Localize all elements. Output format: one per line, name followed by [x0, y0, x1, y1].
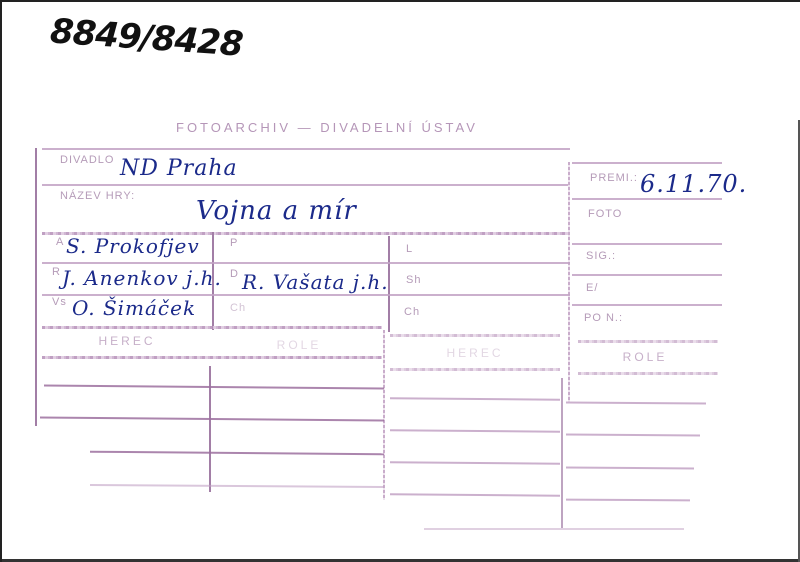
- cast-row-line-1-left: [44, 385, 384, 389]
- card-top-border-right: [572, 162, 722, 164]
- label-sig: SIG.:: [586, 250, 616, 262]
- value-rezie: J. Anenkov j.h.: [62, 266, 222, 290]
- scan-edge-left: [0, 0, 2, 562]
- cast-header-bottom-right: [578, 372, 718, 375]
- label-libreto: L: [406, 243, 413, 255]
- label-premiera: PREMI.:: [590, 172, 638, 184]
- cast-row-line-3-mid: [390, 461, 560, 464]
- cast-row-line-3-left: [90, 451, 384, 455]
- value-autor: S. Prokofjev: [66, 234, 200, 258]
- cast-header-herec-2: HEREC: [390, 346, 560, 360]
- divider-foto: [572, 243, 722, 245]
- cast-header-role-2: ROLE: [570, 350, 720, 364]
- archive-number: 8849/8428: [49, 11, 244, 64]
- value-nazev-hry: Vojna a mír: [196, 196, 357, 226]
- cast-row-line-1-mid: [390, 397, 560, 400]
- cast-row-line-3-right: [566, 467, 694, 470]
- cast-row-line-2-left: [40, 416, 384, 421]
- divider-divadlo: [42, 184, 570, 186]
- divider-sig: [572, 274, 722, 276]
- stamp-header: FOTOARCHIV — DIVADELNÍ ÚSTAV: [176, 120, 478, 135]
- label-e: E/: [586, 282, 598, 294]
- credit-row-divider-1: [42, 262, 570, 264]
- cast-col-divider-2: [383, 330, 385, 500]
- cast-row-line-4-left: [90, 484, 384, 488]
- cast-row-line-2-right: [566, 434, 700, 437]
- right-column-border: [568, 162, 570, 402]
- label-divadlo: DIVADLO: [60, 154, 114, 166]
- cast-header-bottom-left: [42, 356, 382, 359]
- cast-row-line-4-mid: [390, 493, 560, 496]
- value-vytvarnik: O. Šimáček: [72, 296, 196, 320]
- cast-row-line-1-right: [566, 402, 706, 405]
- credit-row-divider-3: [42, 326, 382, 329]
- label-choreografie: Ch: [230, 302, 246, 314]
- label-vytvarnik: Vs: [52, 296, 67, 308]
- card-left-border: [35, 148, 37, 426]
- cast-row-line-2-mid: [390, 429, 560, 432]
- cast-col-divider-1: [209, 366, 211, 492]
- value-premiera: 6.11.70.: [640, 170, 747, 198]
- cast-col-divider-3: [561, 378, 563, 528]
- card-top-border: [42, 148, 570, 150]
- value-divadlo: ND Praha: [120, 156, 238, 181]
- cast-row-line-4-right: [566, 499, 690, 502]
- divider-premiera: [572, 198, 722, 200]
- label-dirigent: D: [230, 268, 239, 280]
- label-prekladatel: P: [230, 237, 238, 249]
- label-cast: Ch: [404, 306, 420, 318]
- label-foto: FOTO: [588, 208, 622, 220]
- cast-header-herec-1: HEREC: [42, 334, 212, 348]
- cast-header-role-1: ROLE: [214, 338, 384, 352]
- label-autor: A: [56, 236, 64, 248]
- value-dirigent: R. Vašata j.h.: [242, 270, 389, 294]
- divider-e: [572, 304, 722, 306]
- cast-table-bottom: [424, 528, 684, 530]
- cast-header-top-right: [578, 340, 718, 343]
- cast-header-bottom-mid: [390, 368, 560, 371]
- label-po-n: PO N.:: [584, 312, 623, 324]
- scan-edge-top: [0, 0, 800, 2]
- label-rezie: R: [52, 266, 61, 278]
- label-nazev-hry: NÁZEV HRY:: [60, 190, 135, 202]
- cast-header-top-mid: [390, 334, 560, 337]
- label-scena: Sh: [406, 274, 421, 286]
